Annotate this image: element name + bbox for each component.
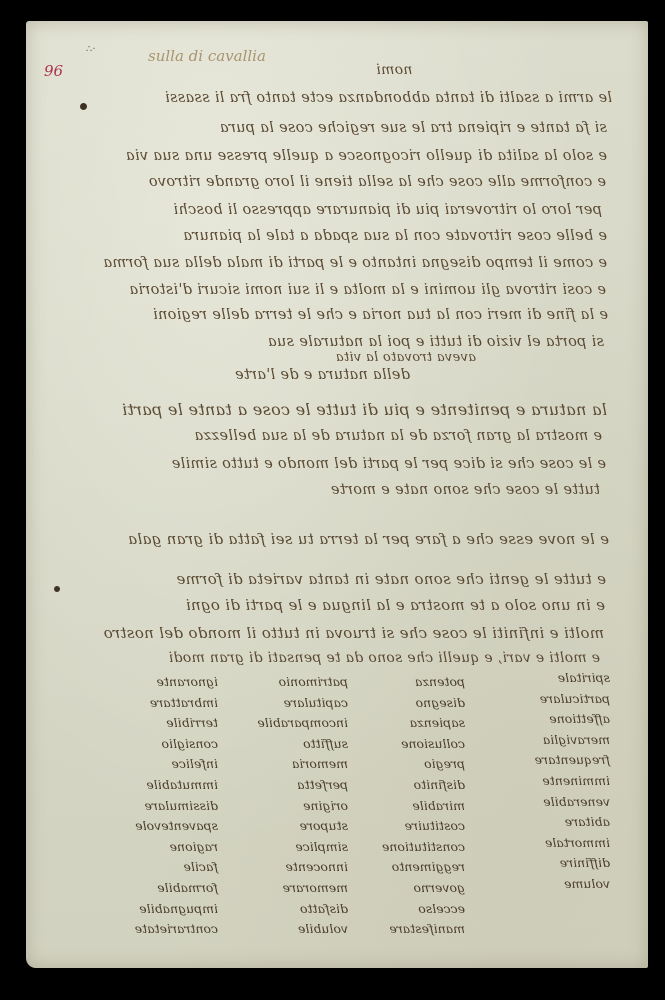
word: contrarietate	[88, 919, 218, 940]
word: costituire	[340, 816, 465, 837]
text-line: molti e infiniti le cose che si truova i…	[54, 624, 604, 642]
word: impugnabile	[88, 899, 218, 920]
text-line: si porta el vizio di tutti e poi la natu…	[82, 334, 604, 350]
word: capitulare	[228, 693, 348, 714]
word: perfetta	[228, 775, 348, 796]
word-column-2: potenza disegno sapienza collusione preg…	[340, 672, 465, 940]
text-line: e molti e vari, e quelli che sono da te …	[40, 650, 600, 666]
word: frequentare	[490, 750, 610, 771]
word: stupore	[228, 816, 348, 837]
word: disfinito	[340, 775, 465, 796]
ink-blot	[80, 103, 87, 110]
word: dissimulare	[88, 796, 218, 817]
word-column-4: ignorante imbrattare terribile consiglio…	[88, 672, 218, 940]
word: ignorante	[88, 672, 218, 693]
word: diffinire	[490, 853, 610, 874]
word: manifestare	[340, 919, 465, 940]
word-column-1: spiritale particulare affettione meravig…	[490, 668, 610, 895]
text-line: tutte le cose che sono nate e morte	[300, 482, 600, 498]
word: memorare	[228, 878, 348, 899]
section-title: nomi	[376, 62, 412, 78]
word: infelice	[88, 754, 218, 775]
text-line: aveva trovato la vita	[276, 350, 476, 365]
word: particulare	[490, 689, 610, 710]
word: memoria	[228, 754, 348, 775]
word-column-3: patrimonio capitulare incomparabile suff…	[228, 672, 348, 940]
word: meraviglia	[490, 730, 610, 751]
word: eccelso	[340, 899, 465, 920]
text-line: e cosi ritrova gli uomini e la molta e l…	[64, 282, 606, 298]
word: spiritale	[490, 668, 610, 689]
text-line: la natura e penitente e piu di tutte le …	[62, 400, 607, 419]
text-line: le armi a ssalti di tanta abbondanza ect…	[52, 90, 612, 106]
word: governo	[340, 878, 465, 899]
text-line: e solo la salita di quello ricognosce a …	[92, 148, 607, 164]
word: imbrattare	[88, 693, 218, 714]
text-line: si fa tante e ripiena tra le sue regiche…	[52, 120, 607, 136]
text-line: e belle cose ritrovate con la sua spada …	[72, 228, 607, 244]
word: affettione	[490, 709, 610, 730]
text-line: e la fine di meri con la tua noria e che…	[56, 307, 608, 323]
word: suffitto	[228, 734, 348, 755]
word: patrimonio	[228, 672, 348, 693]
word: ragione	[88, 837, 218, 858]
word: consiglio	[88, 734, 218, 755]
text-line: e mostra la gran forza de la natura de l…	[112, 428, 602, 444]
word: disegno	[340, 693, 465, 714]
text-line: e le nove esse che a fare per la terra t…	[54, 530, 609, 548]
text-line: e in uno solo a te mostra e la lingua e …	[50, 596, 605, 614]
word: incomparabile	[228, 713, 348, 734]
word: sapienza	[340, 713, 465, 734]
word: facile	[88, 857, 218, 878]
word: reggimento	[340, 857, 465, 878]
text-line: e le cose che si dice per le parti del m…	[66, 456, 606, 472]
word: pregio	[340, 754, 465, 775]
word: abitare	[490, 812, 610, 833]
paragraph-heading: della natura e de l'arte	[200, 367, 410, 383]
word: volubile	[228, 919, 348, 940]
word: venerabile	[490, 792, 610, 813]
word: constitutione	[340, 837, 465, 858]
text-line: per loro lo ritroverai piu di pianurare …	[72, 202, 602, 218]
folio-number: 96	[44, 62, 63, 80]
text-line: e come il tempo disegna intanto e le par…	[72, 255, 607, 271]
word: immortale	[490, 833, 610, 854]
word: formabile	[88, 878, 218, 899]
word: immutabile	[88, 775, 218, 796]
text-line: e conforme alle cose che la sella tiene …	[86, 174, 606, 190]
word: disfatto	[228, 899, 348, 920]
text-line: e tutte le genti che sono nate in tanta …	[46, 570, 606, 588]
word: collusione	[340, 734, 465, 755]
word: origine	[228, 796, 348, 817]
word: volume	[490, 874, 610, 895]
word: simplice	[228, 837, 348, 858]
word: mirabile	[340, 796, 465, 817]
ink-blot	[54, 586, 60, 592]
ink-specks: ∴·	[86, 44, 96, 55]
word: spaventevole	[88, 816, 218, 837]
word: terribile	[88, 713, 218, 734]
word: imminente	[490, 771, 610, 792]
word: potenza	[340, 672, 465, 693]
word: innocente	[228, 857, 348, 878]
modern-heading: sulla di cavallia	[148, 47, 266, 65]
